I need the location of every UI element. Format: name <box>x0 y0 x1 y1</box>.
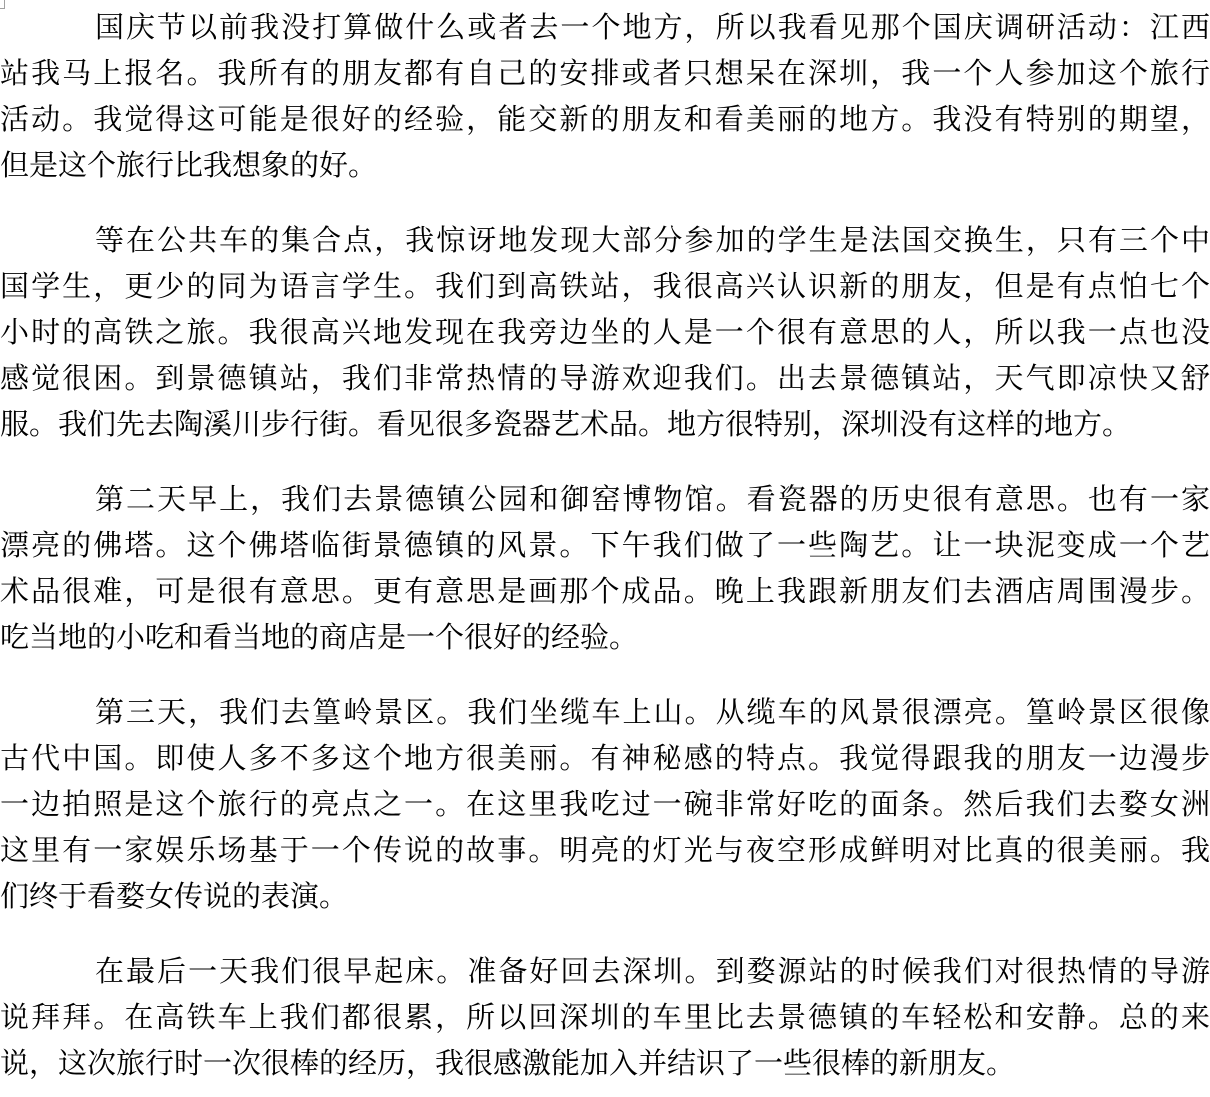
text-line: 国庆节以前我没打算做什么或者去一个地方，所以我看见那个国庆调研活动：江西 <box>0 5 1210 51</box>
paragraph: 在最后一天我们很早起床。准备好回去深圳。到婺源站的时候我们对很热情的导游说拜拜。… <box>0 949 1210 1087</box>
crop-corner-mark <box>0 0 5 9</box>
text-line: 但是这个旅行比我想象的好。 <box>0 143 1210 189</box>
text-line: 术品很难，可是很有意思。更有意思是画那个成品。晚上我跟新朋友们去酒店周围漫步。 <box>0 569 1210 615</box>
text-line: 第二天早上，我们去景德镇公园和御窑博物馆。看瓷器的历史很有意思。也有一家 <box>0 477 1210 523</box>
text-line: 古代中国。即使人多不多这个地方很美丽。有神秘感的特点。我觉得跟我的朋友一边漫步 <box>0 736 1210 782</box>
text-line: 等在公共车的集合点，我惊讶地发现大部分参加的学生是法国交换生，只有三个中 <box>0 218 1210 264</box>
text-line: 这里有一家娱乐场基于一个传说的故事。明亮的灯光与夜空形成鲜明对比真的很美丽。我 <box>0 828 1210 874</box>
paragraph: 第三天，我们去篁岭景区。我们坐缆车上山。从缆车的风景很漂亮。篁岭景区很像古代中国… <box>0 690 1210 920</box>
paragraph: 第二天早上，我们去景德镇公园和御窑博物馆。看瓷器的历史很有意思。也有一家漂亮的佛… <box>0 477 1210 661</box>
text-line: 说，这次旅行时一次很棒的经历，我很感激能加入并结识了一些很棒的新朋友。 <box>0 1041 1210 1087</box>
paragraph: 国庆节以前我没打算做什么或者去一个地方，所以我看见那个国庆调研活动：江西站我马上… <box>0 5 1210 189</box>
text-line: 在最后一天我们很早起床。准备好回去深圳。到婺源站的时候我们对很热情的导游 <box>0 949 1210 995</box>
text-line: 漂亮的佛塔。这个佛塔临街景德镇的风景。下午我们做了一些陶艺。让一块泥变成一个艺 <box>0 523 1210 569</box>
text-line: 小时的高铁之旅。我很高兴地发现在我旁边坐的人是一个很有意思的人，所以我一点也没 <box>0 310 1210 356</box>
text-line: 站我马上报名。我所有的朋友都有自己的安排或者只想呆在深圳，我一个人参加这个旅行 <box>0 51 1210 97</box>
text-line: 国学生，更少的同为语言学生。我们到高铁站，我很高兴认识新的朋友，但是有点怕七个 <box>0 264 1210 310</box>
document-page: 国庆节以前我没打算做什么或者去一个地方，所以我看见那个国庆调研活动：江西站我马上… <box>0 0 1210 1097</box>
text-line: 们终于看婺女传说的表演。 <box>0 874 1210 920</box>
text-line: 吃当地的小吃和看当地的商店是一个很好的经验。 <box>0 615 1210 661</box>
text-line: 感觉很困。到景德镇站，我们非常热情的导游欢迎我们。出去景德镇站，天气即凉快又舒 <box>0 356 1210 402</box>
paragraph: 等在公共车的集合点，我惊讶地发现大部分参加的学生是法国交换生，只有三个中国学生，… <box>0 218 1210 448</box>
text-line: 第三天，我们去篁岭景区。我们坐缆车上山。从缆车的风景很漂亮。篁岭景区很像 <box>0 690 1210 736</box>
text-line: 活动。我觉得这可能是很好的经验，能交新的朋友和看美丽的地方。我没有特别的期望， <box>0 97 1210 143</box>
text-line: 服。我们先去陶溪川步行街。看见很多瓷器艺术品。地方很特别，深圳没有这样的地方。 <box>0 402 1210 448</box>
text-line: 说拜拜。在高铁车上我们都很累，所以回深圳的车里比去景德镇的车轻松和安静。总的来 <box>0 995 1210 1041</box>
document-body: 国庆节以前我没打算做什么或者去一个地方，所以我看见那个国庆调研活动：江西站我马上… <box>0 0 1210 1087</box>
text-line: 一边拍照是这个旅行的亮点之一。在这里我吃过一碗非常好吃的面条。然后我们去婺女洲 <box>0 782 1210 828</box>
